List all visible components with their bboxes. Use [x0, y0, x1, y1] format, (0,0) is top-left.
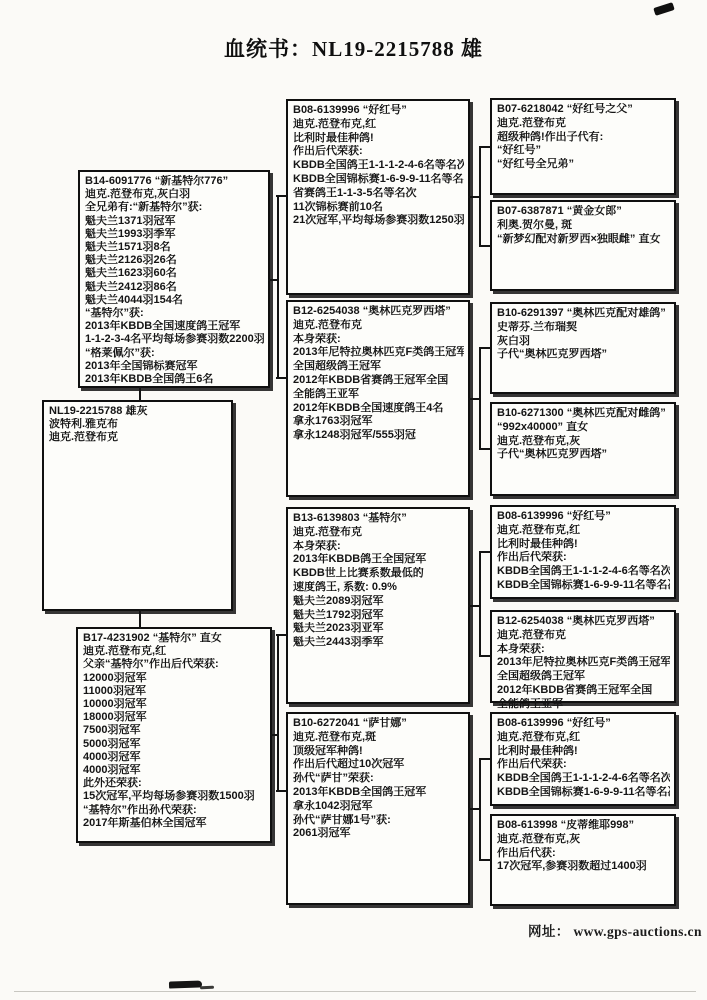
- scan-artifact-smudge: [200, 986, 214, 989]
- connector-stub: [276, 634, 287, 636]
- text-line: 全国超级鸽王冠军: [293, 360, 464, 374]
- text-line: 4000羽冠军: [83, 751, 266, 764]
- text-line: 15次冠军,平均每场参赛羽数1500羽: [83, 790, 266, 803]
- text-line: 子代“奥林匹克罗西塔”: [497, 448, 670, 462]
- pedigree-box-ggp-2: B07-6387871 “黄金女郎”利奥.贺尔曼, 斑“新梦幻配对新罗西×独眼雌…: [490, 200, 676, 291]
- text-line: KBDB全国鸽王1-1-1-2-4-6名等名次: [497, 772, 670, 786]
- scan-artifact-smudge: [169, 980, 202, 988]
- text-line: 2017年斯基伯林全国冠军: [83, 817, 266, 830]
- text-line: 本身荣获:: [497, 643, 670, 657]
- text-line: 迪克.范登布克: [497, 629, 670, 643]
- text-line: 孙代“萨甘娜1号”获:: [293, 814, 464, 828]
- text-line: B14-6091776 “新基特尔776”: [85, 175, 264, 188]
- text-line: 迪克.范登布克,斑: [293, 731, 464, 745]
- connector-subject-dam: [139, 609, 141, 629]
- text-line: 迪克.范登布克,红: [497, 524, 670, 538]
- text-line: 子代“奥林匹克罗西塔”: [497, 348, 670, 362]
- text-line: 灰白羽: [497, 335, 670, 349]
- text-line: 超级种鸽!作出子代有:: [497, 131, 670, 145]
- text-line: B07-6218042 “好红号之父”: [497, 103, 670, 117]
- text-line: 父亲“基特尔”作出后代荣获:: [83, 658, 266, 671]
- text-line: 18000羽冠军: [83, 711, 266, 724]
- text-line: 此外还荣获:: [83, 777, 266, 790]
- text-line: 全兄弟有:“新基特尔”获:: [85, 201, 264, 214]
- text-line: 比利时最佳种鸽!: [497, 745, 670, 759]
- text-line: B08-6139996 “好红号”: [497, 717, 670, 731]
- text-line: 2013年尼特拉奥林匹克F类鸽王冠军: [497, 656, 670, 670]
- connector-stub: [479, 551, 491, 553]
- text-line: 迪克.范登布克: [49, 431, 227, 444]
- text-line: 魁夫兰2412羽86名: [85, 281, 264, 294]
- text-line: 魁夫兰1371羽冠军: [85, 215, 264, 228]
- text-line: “992x40000” 直女: [497, 421, 670, 435]
- text-line: B12-6254038 “奥林匹克罗西塔”: [497, 615, 670, 629]
- pedigree-box-sire: B14-6091776 “新基特尔776”迪克.范登布克,灰白羽全兄弟有:“新基…: [78, 170, 270, 388]
- page-title: 血统书：NL19-2215788 雄: [0, 33, 707, 63]
- text-line: 作出后代超过10次冠军: [293, 758, 464, 772]
- text-line: 2013年尼特拉奥林匹克F类鸽王冠军: [293, 346, 464, 360]
- pedigree-box-dam-dam: B10-6272041 “萨甘娜”迪克.范登布克,斑顶级冠军种鸽!作出后代超过1…: [286, 712, 470, 905]
- text-line: 全能鸽王亚军: [293, 388, 464, 402]
- text-line: 迪克.范登布克,红: [293, 118, 464, 132]
- text-line: 1-1-2-3-4名平均每场参赛羽数2200羽: [85, 333, 264, 346]
- text-line: 迪克.范登布克,灰: [497, 833, 670, 847]
- connector-bracket-sire: [277, 195, 279, 379]
- text-line: KBDB全国锦标赛1-6-9-9-11名等名次: [497, 579, 670, 593]
- connector-stub: [468, 605, 481, 607]
- text-line: 2013年KBDB全国速度鸽王冠军: [85, 320, 264, 333]
- text-line: 魁夫兰2089羽冠军: [293, 595, 464, 609]
- connector-bracket-g3-3: [479, 551, 481, 657]
- text-line: KBDB全国鸽王1-1-1-2-4-6名等名次: [497, 565, 670, 579]
- text-line: 本身荣获:: [293, 540, 464, 554]
- text-line: 2012年KBDB全国速度鸽王4名: [293, 402, 464, 416]
- text-line: KBDB全国锦标赛1-6-9-9-11名等名次: [497, 786, 670, 800]
- text-line: 魁夫兰2023羽亚军: [293, 622, 464, 636]
- text-line: 拿永1042羽冠军: [293, 800, 464, 814]
- text-line: 拿永1248羽冠军/555羽冠: [293, 429, 464, 443]
- website-address: 网址： www.gps-auctions.cn: [528, 920, 702, 940]
- text-line: 拿永1763羽冠军: [293, 415, 464, 429]
- connector-bracket-dam: [277, 634, 279, 792]
- text-line: 波特利.雅克布: [49, 418, 227, 431]
- text-line: 作出后代荣获:: [293, 145, 464, 159]
- text-line: 12000羽冠军: [83, 672, 266, 685]
- connector-stub: [479, 859, 491, 861]
- text-line: 全能鸽王亚军: [497, 698, 670, 712]
- connector-stub: [276, 377, 287, 379]
- text-line: 11次锦标赛前10名: [293, 201, 464, 215]
- connector-stub: [468, 196, 481, 198]
- text-line: 2012年KBDB省赛鸽王冠军全国: [293, 374, 464, 388]
- text-line: B08-6139996 “好红号”: [293, 104, 464, 118]
- connector-stub: [479, 347, 491, 349]
- scan-artifact-line: [14, 991, 696, 992]
- text-line: 魁夫兰1571羽8名: [85, 241, 264, 254]
- pedigree-box-sire-dam: B12-6254038 “奥林匹克罗西塔”迪克.范登布克本身荣获:2013年尼特…: [286, 300, 470, 497]
- pedigree-box-ggp-3: B10-6291397 “奥林匹克配对雄鸽”史蒂芬.兰布瑞契灰白羽子代“奥林匹克…: [490, 302, 676, 394]
- scan-artifact-mark: [653, 2, 674, 16]
- connector-stub: [276, 790, 287, 792]
- text-line: 2013年KBDB全国鸽王冠军: [293, 786, 464, 800]
- connector-stub: [479, 245, 491, 247]
- connector-stub: [479, 448, 491, 450]
- text-line: 迪克.范登布克,红: [497, 731, 670, 745]
- connector-stub: [479, 655, 491, 657]
- text-line: 2012年KBDB省赛鸽王冠军全国: [497, 684, 670, 698]
- text-line: 5000羽冠军: [83, 738, 266, 751]
- text-line: B12-6254038 “奥林匹克罗西塔”: [293, 305, 464, 319]
- text-line: 魁夫兰1623羽60名: [85, 267, 264, 280]
- pedigree-box-ggp-7: B08-6139996 “好红号”迪克.范登布克,红比利时最佳种鸽!作出后代荣获…: [490, 712, 676, 806]
- text-line: 省赛鸽王1-1-3-5名等名次: [293, 187, 464, 201]
- text-line: 2013年KBDB鸽王全国冠军: [293, 553, 464, 567]
- text-line: 21次冠军,平均每场参赛羽数1250羽: [293, 214, 464, 228]
- text-line: 孙代“萨甘”荣获:: [293, 772, 464, 786]
- text-line: “基特尔”作出孙代荣获:: [83, 804, 266, 817]
- text-line: 2061羽冠军: [293, 827, 464, 841]
- text-line: B10-6272041 “萨甘娜”: [293, 717, 464, 731]
- text-line: B17-4231902 “基特尔” 直女: [83, 632, 266, 645]
- connector-subject-sire: [139, 386, 141, 402]
- text-line: 迪克.范登布克: [497, 117, 670, 131]
- connector-stub: [268, 279, 279, 281]
- text-line: 2013年全国锦标赛冠军: [85, 360, 264, 373]
- text-line: 顶级冠军种鸽!: [293, 745, 464, 759]
- pedigree-box-ggp-8: B08-613998 “皮蒂维耶998”迪克.范登布克,灰作出后代获:17次冠军…: [490, 814, 676, 906]
- text-line: 魁夫兰2443羽季军: [293, 636, 464, 650]
- text-line: “好红号”: [497, 144, 670, 158]
- text-line: 迪克.范登布克: [293, 526, 464, 540]
- text-line: 魁夫兰4044羽154名: [85, 294, 264, 307]
- connector-stub: [468, 808, 481, 810]
- text-line: “基特尔”获:: [85, 307, 264, 320]
- connector-stub: [479, 758, 491, 760]
- pedigree-box-ggp-6: B12-6254038 “奥林匹克罗西塔”迪克.范登布克本身荣获:2013年尼特…: [490, 610, 676, 703]
- text-line: 作出后代荣获:: [497, 758, 670, 772]
- text-line: B08-6139996 “好红号”: [497, 510, 670, 524]
- text-line: B08-613998 “皮蒂维耶998”: [497, 819, 670, 833]
- pedigree-box-subject: NL19-2215788 雄灰波特利.雅克布迪克.范登布克: [42, 400, 233, 611]
- text-line: B10-6271300 “奥林匹克配对雌鸽”: [497, 407, 670, 421]
- text-line: 作出后代荣获:: [497, 551, 670, 565]
- text-line: 速度鸽王, 系数: 0.9%: [293, 581, 464, 595]
- pedigree-box-dam-sire: B13-6139803 “基特尔”迪克.范登布克本身荣获:2013年KBDB鸽王…: [286, 507, 470, 704]
- text-line: 11000羽冠军: [83, 685, 266, 698]
- text-line: 魁夫兰1993羽季军: [85, 228, 264, 241]
- text-line: 魁夫兰1792羽冠军: [293, 609, 464, 623]
- connector-stub: [276, 195, 287, 197]
- text-line: 迪克.范登布克,灰: [497, 435, 670, 449]
- pedigree-box-sire-sire: B08-6139996 “好红号”迪克.范登布克,红比利时最佳种鸽!作出后代荣获…: [286, 99, 470, 295]
- text-line: 比利时最佳种鸽!: [293, 132, 464, 146]
- pedigree-box-ggp-4: B10-6271300 “奥林匹克配对雌鸽”“992x40000” 直女迪克.范…: [490, 402, 676, 496]
- text-line: NL19-2215788 雄灰: [49, 405, 227, 418]
- text-line: 全国超级鸽王冠军: [497, 670, 670, 684]
- text-line: KBDB世上比赛系数最低的: [293, 567, 464, 581]
- website-url: www.gps-auctions.cn: [573, 924, 701, 939]
- connector-stub: [270, 734, 279, 736]
- pedigree-box-dam: B17-4231902 “基特尔” 直女迪克.范登布克,红父亲“基特尔”作出后代…: [76, 627, 272, 843]
- text-line: 17次冠军,参赛羽数超过1400羽: [497, 860, 670, 874]
- text-line: B13-6139803 “基特尔”: [293, 512, 464, 526]
- text-line: B07-6387871 “黄金女郎”: [497, 205, 670, 219]
- text-line: 迪克.范登布克,红: [83, 645, 266, 658]
- pedigree-box-ggp-1: B07-6218042 “好红号之父”迪克.范登布克超级种鸽!作出子代有:“好红…: [490, 98, 676, 195]
- text-line: 10000羽冠军: [83, 698, 266, 711]
- text-line: “新梦幻配对新罗西×独眼雌” 直女: [497, 233, 670, 247]
- text-line: 迪克.范登布克,灰白羽: [85, 188, 264, 201]
- text-line: KBDB全国鸽王1-1-1-2-4-6名等名次: [293, 159, 464, 173]
- pedigree-box-ggp-5: B08-6139996 “好红号”迪克.范登布克,红比利时最佳种鸽!作出后代荣获…: [490, 505, 676, 599]
- text-line: “好红号全兄弟”: [497, 158, 670, 172]
- text-line: 利奥.贺尔曼, 斑: [497, 219, 670, 233]
- connector-stub: [479, 146, 491, 148]
- text-line: 作出后代获:: [497, 847, 670, 861]
- connector-stub: [468, 398, 481, 400]
- text-line: 4000羽冠军: [83, 764, 266, 777]
- text-line: 7500羽冠军: [83, 724, 266, 737]
- text-line: 史蒂芬.兰布瑞契: [497, 321, 670, 335]
- text-line: 比利时最佳种鸽!: [497, 538, 670, 552]
- text-line: KBDB全国锦标赛1-6-9-9-11名等名次: [293, 173, 464, 187]
- text-line: 魁夫兰2126羽26名: [85, 254, 264, 267]
- website-label: 网址：: [528, 924, 570, 939]
- text-line: 本身荣获:: [293, 333, 464, 347]
- text-line: 迪克.范登布克: [293, 319, 464, 333]
- text-line: 2013年KBDB全国鸽王6名: [85, 373, 264, 386]
- text-line: “格莱佩尔”获:: [85, 347, 264, 360]
- pedigree-certificate: { "title": "血统书：NL19-2215788 雄", "colors…: [0, 0, 707, 1000]
- text-line: B10-6291397 “奥林匹克配对雄鸽”: [497, 307, 670, 321]
